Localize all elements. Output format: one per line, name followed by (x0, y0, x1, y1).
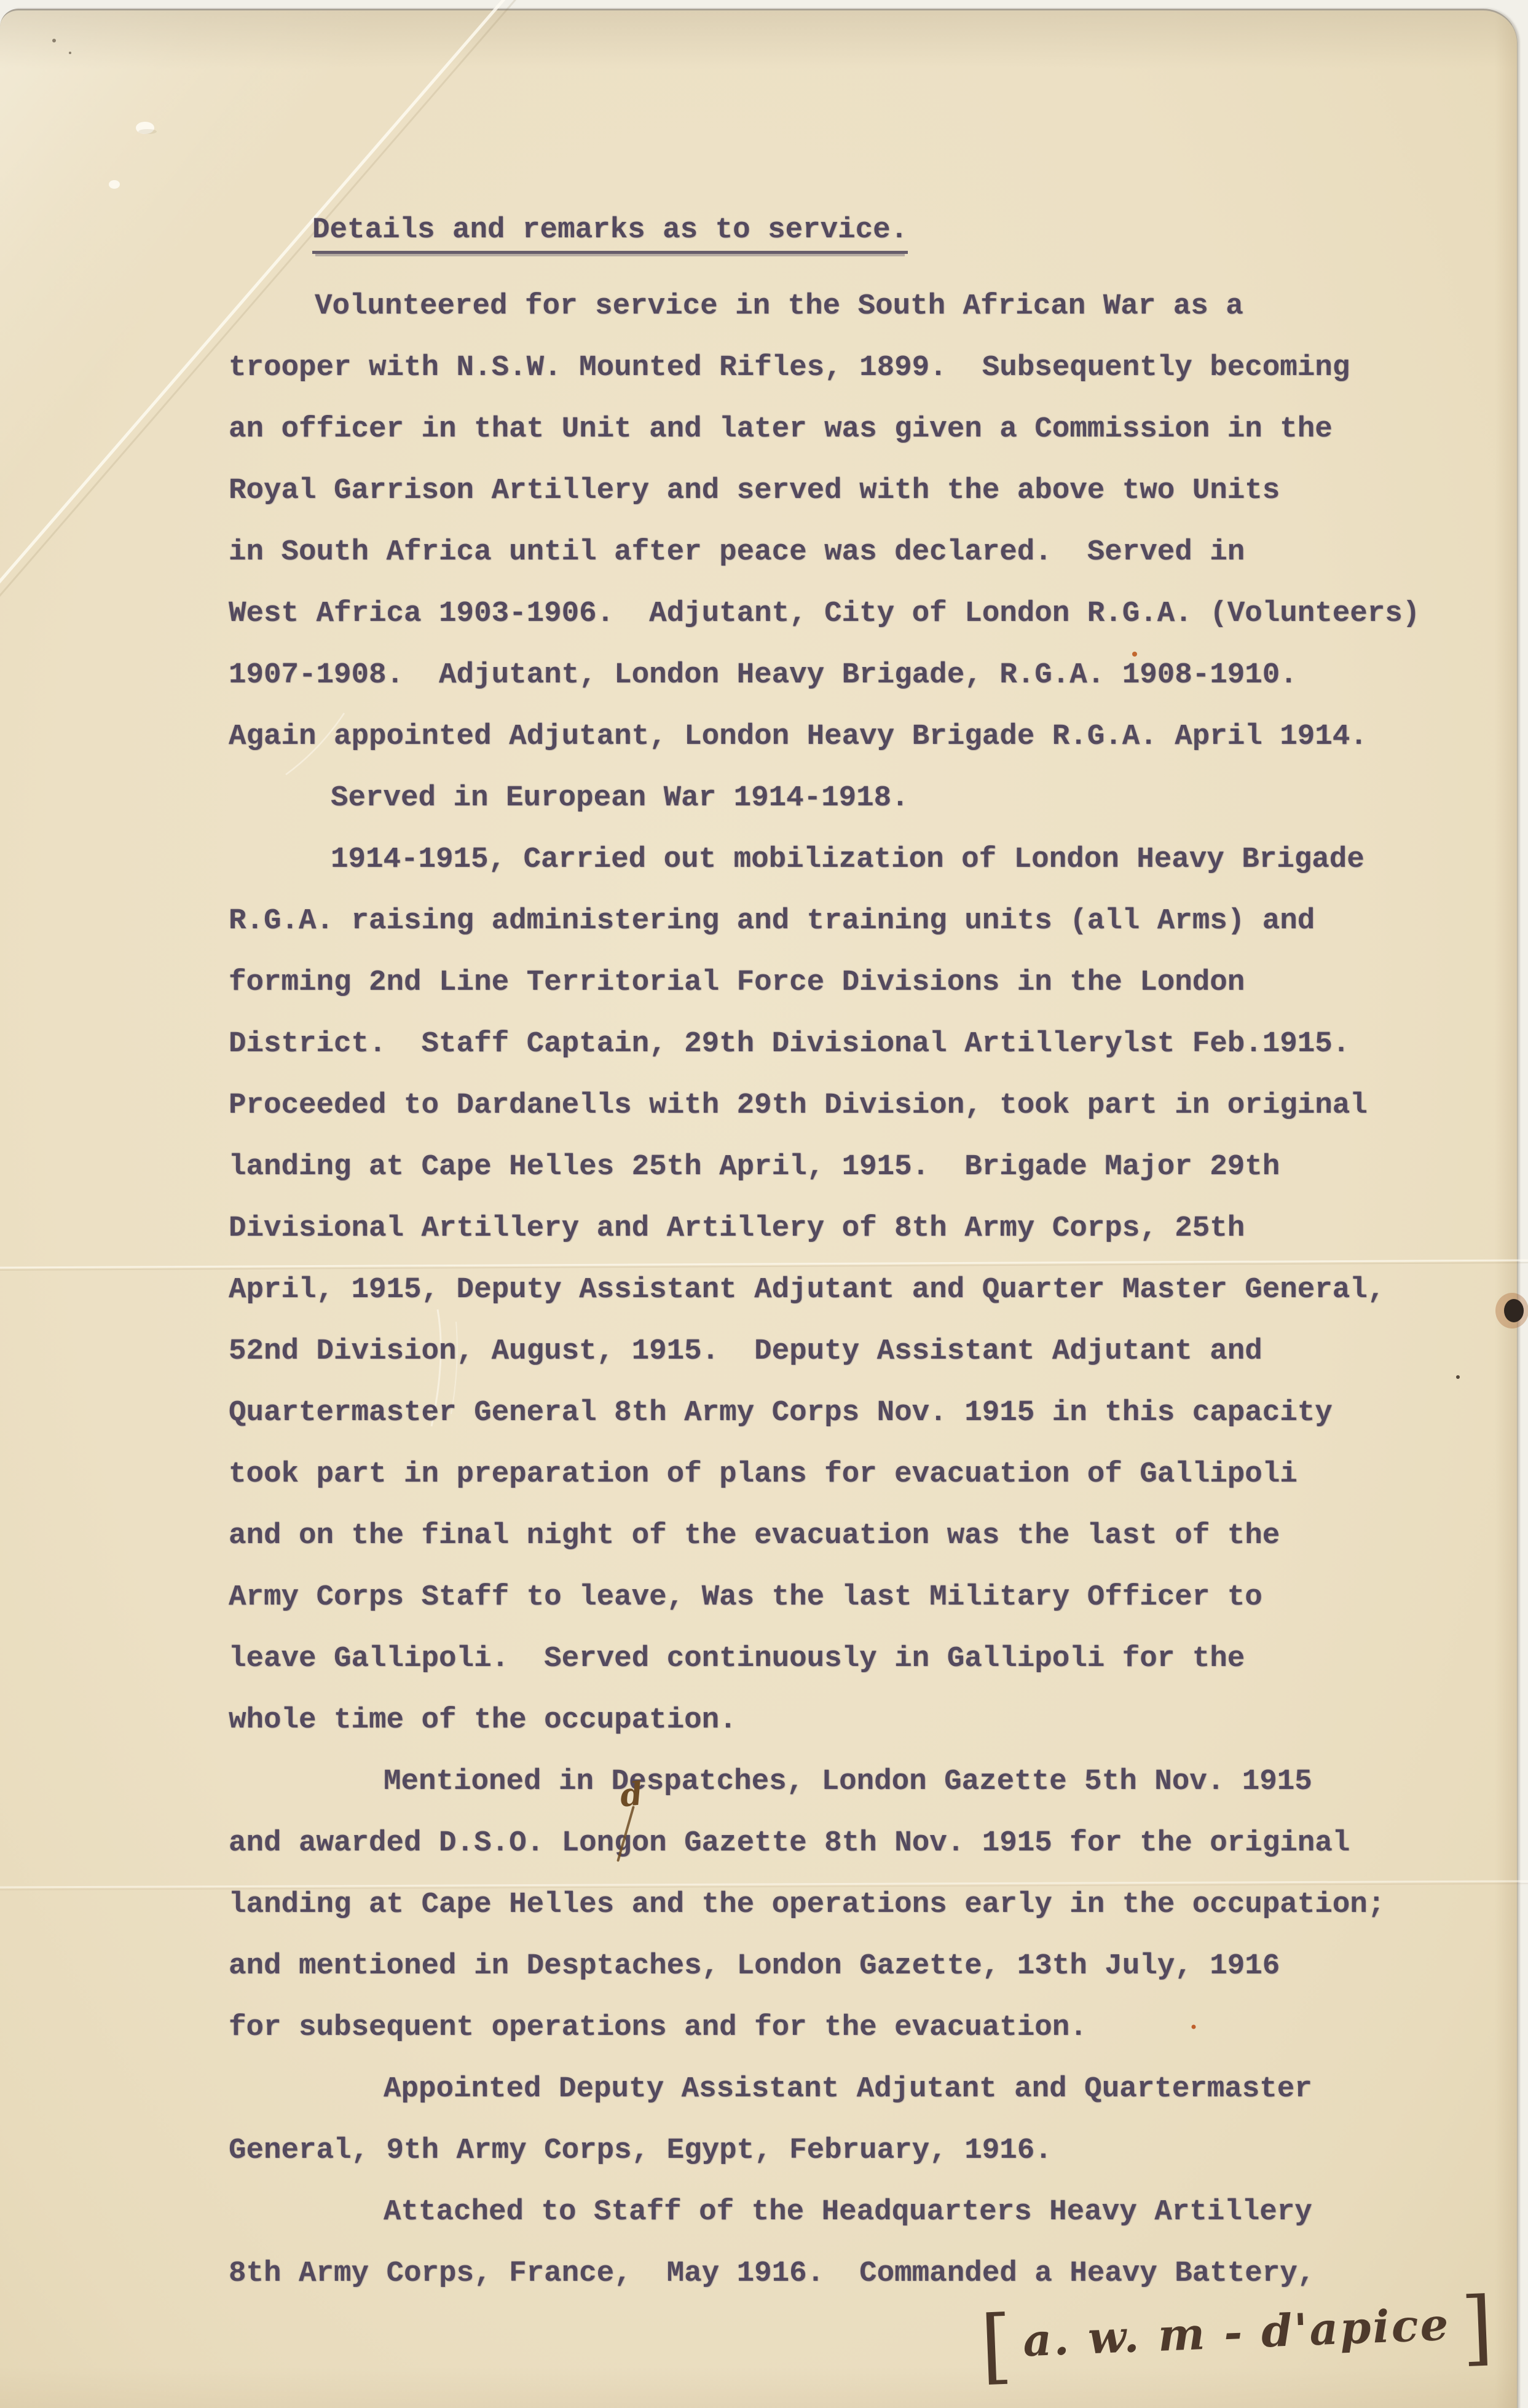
handwritten-correction-letter: d (618, 1778, 644, 1812)
text-line: forming 2nd Line Territorial Force Divis… (229, 952, 1489, 1013)
text-line: R.G.A. raising administering and trainin… (229, 890, 1489, 952)
corrected-character: gd (614, 1812, 632, 1874)
text-line: and awarded D.S.O. Longdon Gazette 8th N… (229, 1812, 1489, 1874)
text-line: trooper with N.S.W. Mounted Rifles, 1899… (229, 337, 1489, 398)
text-line: landing at Cape Helles and the operation… (229, 1874, 1489, 1935)
heading-underlined-text: Details and remarks as to service. (312, 213, 908, 254)
text-line: took part in preparation of plans for ev… (229, 1443, 1489, 1505)
text-line: Army Corps Staff to leave, Was the last … (229, 1566, 1489, 1628)
signature-bracket-left: [ (979, 2309, 1014, 2383)
text-line: West Africa 1903-1906. Adjutant, City of… (229, 583, 1489, 644)
text-line: Volunteered for service in the South Afr… (229, 275, 1489, 337)
text-line: 1907-1908. Adjutant, London Heavy Brigad… (229, 644, 1489, 706)
text-line: whole time of the occupation. (229, 1689, 1489, 1751)
text-line: Mentioned in Despatches, London Gazette … (229, 1751, 1489, 1812)
text-line: and on the final night of the evacuation… (229, 1505, 1489, 1566)
text-line: April, 1915, Deputy Assistant Adjutant a… (229, 1259, 1489, 1320)
text-line: Quartermaster General 8th Army Corps Nov… (229, 1382, 1489, 1443)
text-line: 8th Army Corps, France, May 1916. Comman… (229, 2243, 1489, 2304)
document-body: Volunteered for service in the South Afr… (229, 275, 1489, 2304)
text-line: General, 9th Army Corps, Egypt, February… (229, 2120, 1489, 2181)
document-heading: Details and remarks as to service. (312, 211, 908, 248)
text-line: in South Africa until after peace was de… (229, 521, 1489, 583)
text-line: Attached to Staff of the Headquarters He… (229, 2181, 1489, 2243)
text-line: landing at Cape Helles 25th April, 1915.… (229, 1136, 1489, 1198)
text-line: leave Gallipoli. Served continuously in … (229, 1628, 1489, 1689)
text-line: Divisional Artillery and Artillery of 8t… (229, 1198, 1489, 1259)
text-line: Served in European War 1914-1918. (229, 767, 1489, 829)
text-line: Proceeded to Dardanells with 29th Divisi… (229, 1075, 1489, 1136)
text-line: and mentioned in Desptaches, London Gaze… (229, 1935, 1489, 1997)
text-line: Appointed Deputy Assistant Adjutant and … (229, 2058, 1489, 2120)
signature-bracket-right: ] (1460, 2291, 1494, 2365)
text-line: District. Staff Captain, 29th Divisional… (229, 1013, 1489, 1075)
signature-name: a. w. m - d'apice (1022, 2298, 1451, 2367)
text-line: 52nd Division, August, 1915. Deputy Assi… (229, 1320, 1489, 1382)
text-line: for subsequent operations and for the ev… (229, 1997, 1489, 2058)
text-line: Royal Garrison Artillery and served with… (229, 460, 1489, 521)
text-line: an officer in that Unit and later was gi… (229, 398, 1489, 460)
text-line: Again appointed Adjutant, London Heavy B… (229, 706, 1489, 767)
scanned-document: Details and remarks as to service. Volun… (0, 0, 1528, 2408)
text-line: 1914-1915, Carried out mobilization of L… (229, 829, 1489, 890)
